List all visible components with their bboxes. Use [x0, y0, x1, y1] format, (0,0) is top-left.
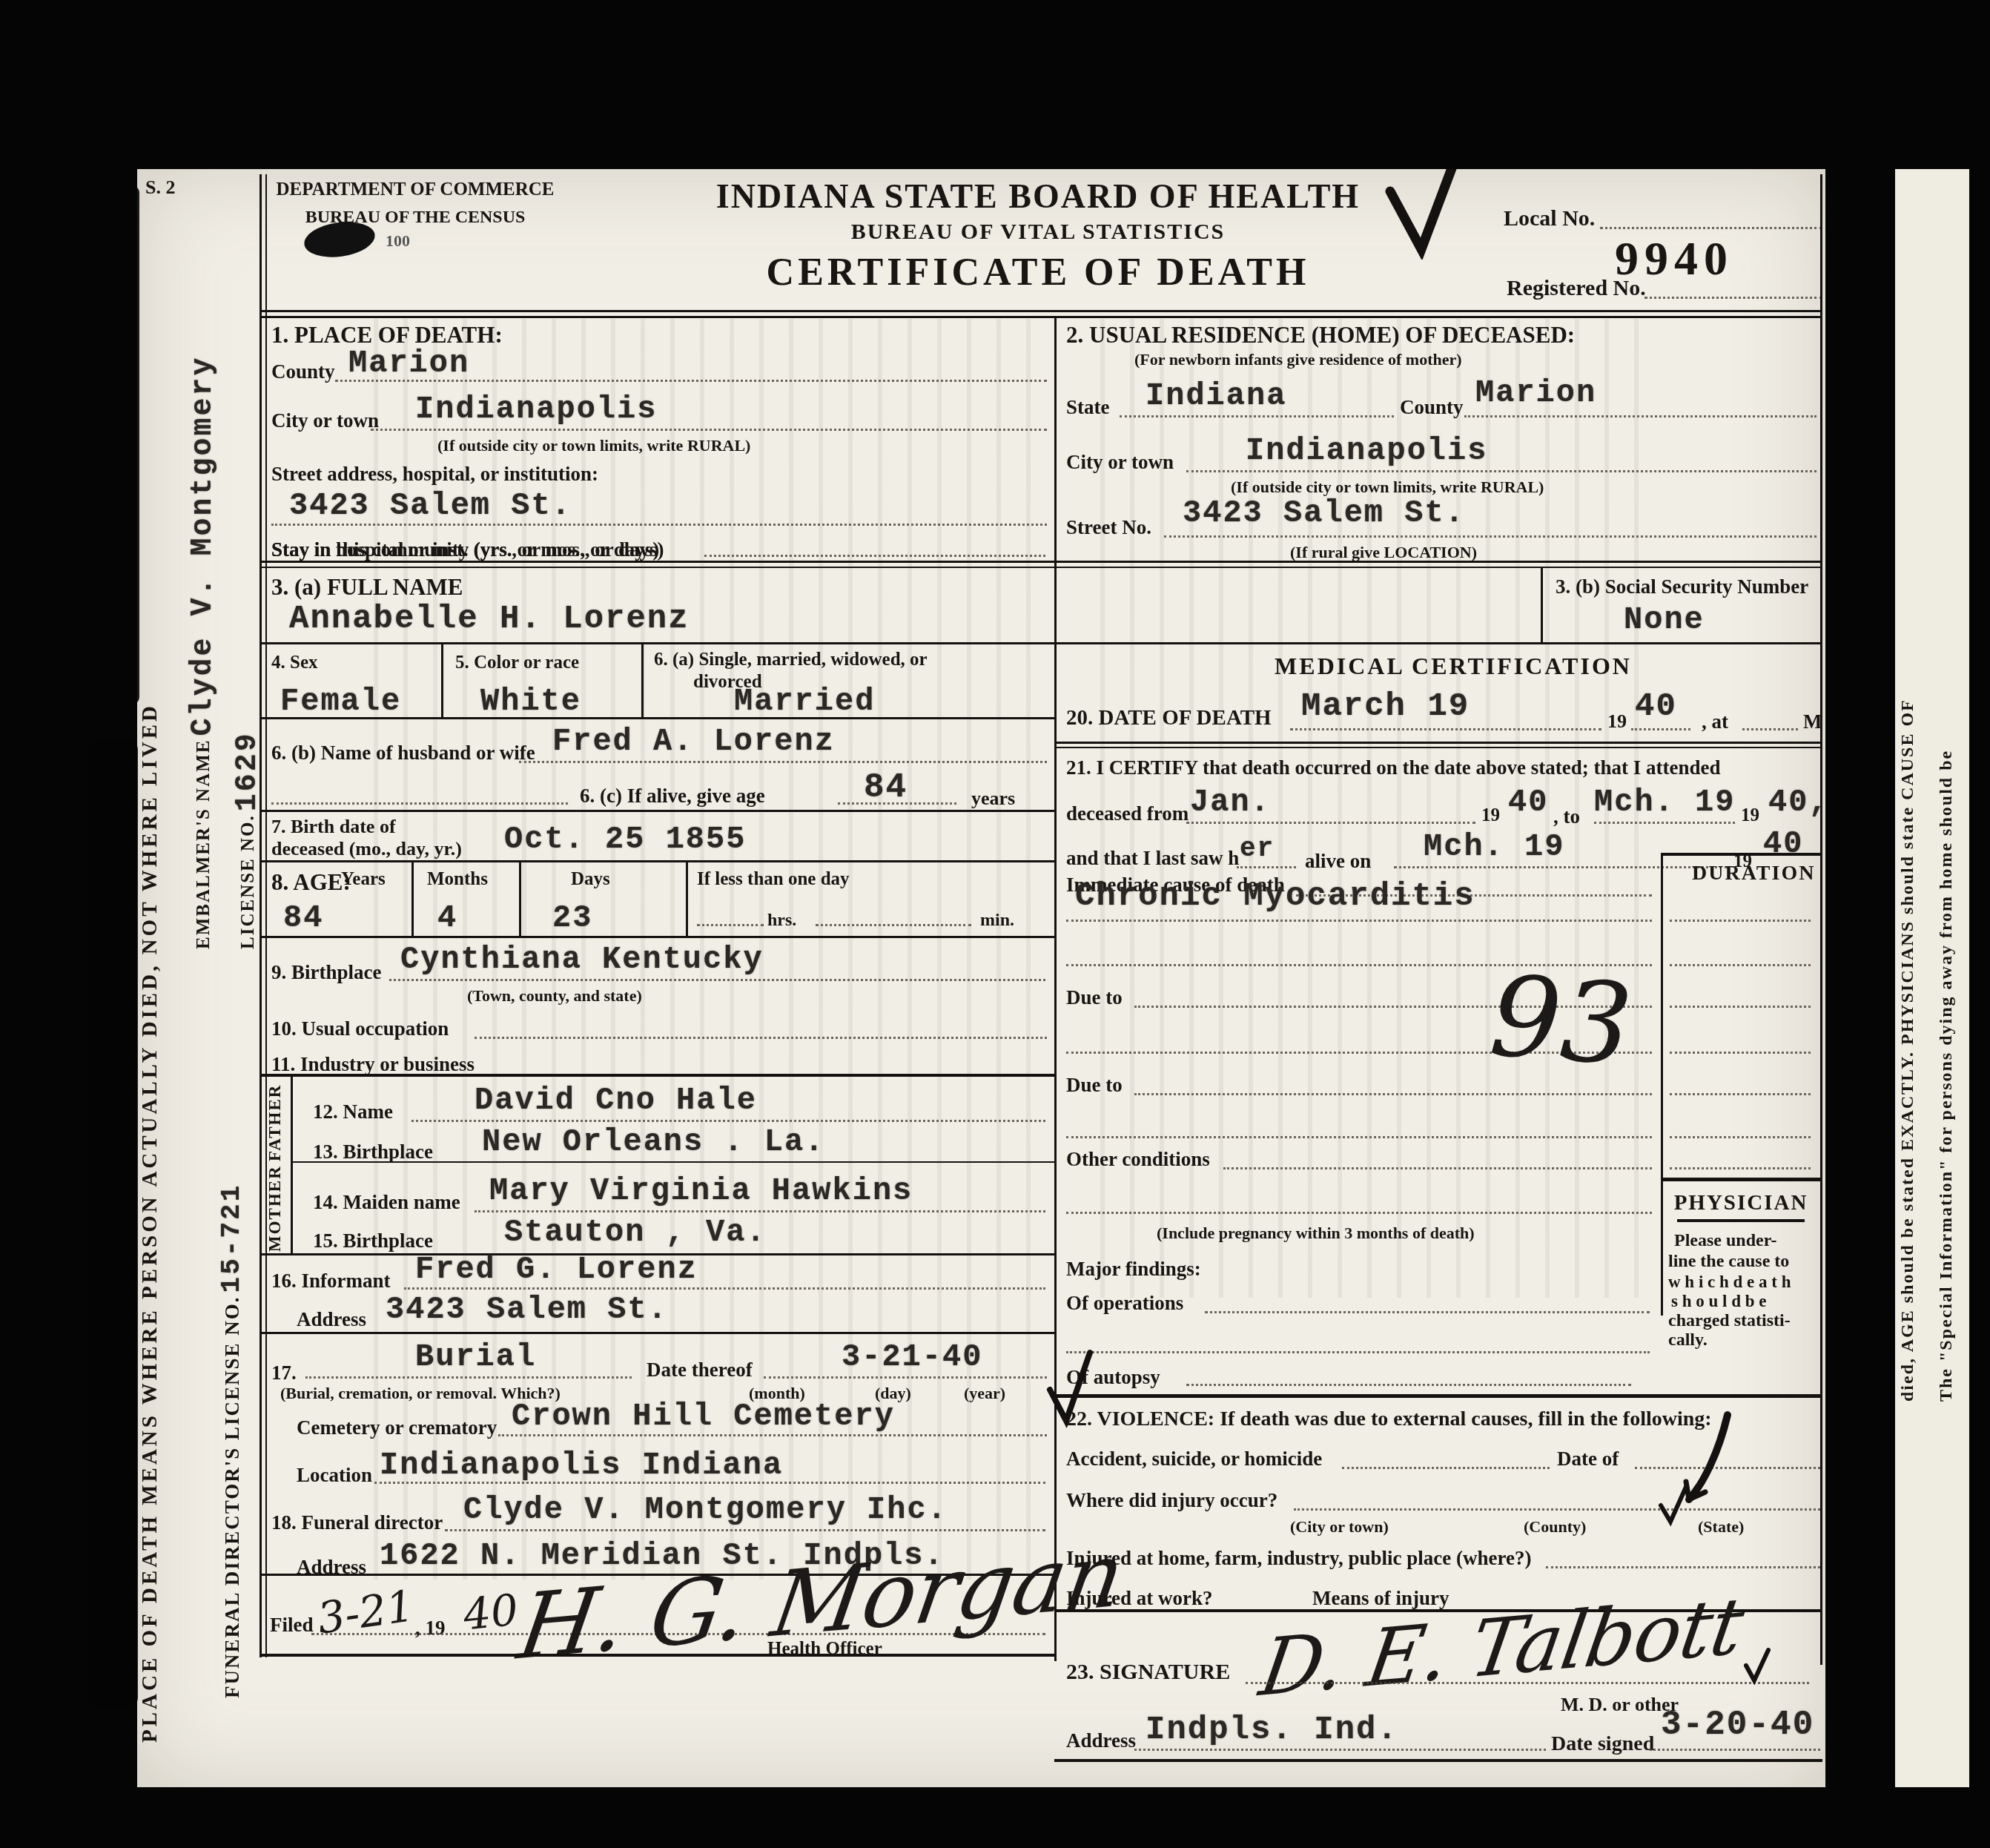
s8-min-label: min.: [980, 911, 1014, 931]
s23-date-value: 3-20-40: [1661, 1706, 1814, 1744]
s2-title: 2. USUAL RESIDENCE (HOME) OF DECEASED:: [1066, 322, 1575, 349]
title-vital-statistics: BUREAU OF VITAL STATISTICS: [667, 220, 1409, 245]
scan-border-right-inner: [1825, 0, 1895, 1848]
s22-title: 22. VIOLENCE: If death was due to extern…: [1066, 1408, 1712, 1431]
s21-alive-value: Mch. 19: [1424, 829, 1564, 865]
census-stamp-number: 100: [386, 231, 410, 251]
header-rule-b: [260, 316, 1822, 318]
scan-border-right-outer: [1969, 0, 1990, 1848]
funeral-director-license-line: FUNERAL DIRECTOR'S LICENSE NO. 15-721: [216, 986, 247, 1698]
signature-checkmark-icon: [1742, 1646, 1772, 1685]
funeral-director-license-value: 15-721: [216, 1184, 247, 1293]
funeral-director-license-label: FUNERAL DIRECTOR'S LICENSE NO.: [221, 1296, 243, 1698]
s6c-value: 84: [864, 768, 908, 807]
registered-no-line: [1644, 297, 1822, 299]
s21-alive-label: alive on: [1305, 850, 1371, 873]
title-state-board: INDIANA STATE BOARD OF HEALTH: [667, 176, 1409, 216]
s16-label: 16. Informant: [271, 1270, 391, 1293]
s21-from-label: deceased from: [1066, 802, 1189, 825]
s7-label-2: deceased (mo., day, yr.): [271, 838, 462, 860]
duration-box-left-border: [1661, 853, 1663, 1316]
s21-alive-year: 40: [1763, 826, 1803, 862]
s16-address-label: Address: [297, 1308, 366, 1331]
s21-saw-er: er: [1240, 834, 1275, 864]
s17-location-value: Indianapolis Indiana: [380, 1448, 783, 1483]
mother-side-label: MOTHER: [265, 1161, 285, 1252]
s2-location-note: (If rural give LOCATION): [1290, 543, 1477, 562]
s18-label: 18. Funeral director: [271, 1511, 443, 1534]
s8-hrs-label: hrs.: [767, 911, 796, 931]
s17-cemetery-value: Crown Hill Cemetery: [512, 1399, 895, 1434]
s21-to-year-prefix: 19: [1741, 805, 1759, 826]
cause-operations-label: Of operations: [1066, 1292, 1183, 1315]
s2-subtitle: (For newborn infants give residence of m…: [1134, 350, 1462, 369]
s1-title: 1. PLACE OF DEATH:: [271, 322, 503, 349]
dept-commerce-label: DEPARTMENT OF COMMERCE: [267, 179, 563, 200]
s20-label: 20. DATE OF DEATH: [1066, 706, 1272, 730]
s9-label: 9. Birthplace: [271, 961, 382, 984]
s22-where-label: Where did injury occur?: [1066, 1489, 1277, 1512]
s22-injured-home-label: Injured at home, farm, industry, public …: [1066, 1547, 1532, 1570]
s1-city-value: Indianapolis: [415, 392, 657, 427]
s17-date-value: 3-21-40: [842, 1339, 982, 1375]
s22-state-note: (State): [1698, 1517, 1744, 1537]
s16-value: Fred G. Lorenz: [415, 1252, 698, 1287]
registered-no-label: Registered No.: [1507, 276, 1646, 301]
s10-label: 10. Usual occupation: [271, 1017, 449, 1040]
scan-blotch-left-upper: [89, 185, 139, 704]
s17-location-label: Location: [297, 1464, 372, 1487]
father-birthplace-label: 13. Birthplace: [313, 1141, 433, 1164]
s1-county-label: County: [271, 360, 335, 383]
s22-means-label: Means of injury: [1312, 1587, 1449, 1610]
mother-birthplace-label: 15. Birthplace: [313, 1230, 433, 1253]
father-side-label: FATHER: [265, 1077, 285, 1161]
form-left-border: [260, 174, 262, 1657]
s8-days-value: 23: [552, 900, 592, 936]
title-certificate-of-death: CERTIFICATE OF DEATH: [667, 251, 1409, 294]
father-name-value: David Cno Hale: [475, 1083, 757, 1118]
s6c-years-label: years: [971, 788, 1015, 810]
s2-city-label: City or town: [1066, 451, 1174, 474]
physician-note-1: Please under-: [1674, 1231, 1776, 1251]
s22-dateof-label: Date of: [1557, 1448, 1619, 1471]
father-birthplace-value: New Orleans . La.: [482, 1124, 824, 1160]
s21-from-year: 40: [1508, 785, 1548, 820]
physician-note-2: line the cause to: [1668, 1252, 1789, 1272]
cause-pregnancy-note: (Include pregnancy within 3 months of de…: [1157, 1224, 1475, 1243]
s4-label: 4. Sex: [271, 653, 318, 673]
duration-label: DURATION: [1692, 862, 1815, 885]
embalmer-name-line: EMBALMER'S NAME Clyde V. Montgomery: [187, 222, 220, 949]
s17-year-note: (year): [964, 1384, 1005, 1403]
form-right-border: [1820, 174, 1822, 1665]
s21-saw-label: and that I last saw h: [1066, 847, 1239, 870]
filed-year-printed: , 19: [415, 1617, 446, 1640]
s20-m-label: M: [1803, 710, 1822, 733]
s4-value: Female: [280, 684, 401, 719]
scan-border-top: [0, 0, 1990, 169]
s9-value: Cynthiana Kentucky: [400, 942, 764, 977]
s3b-value: None: [1624, 602, 1705, 638]
s21-to-label: , to: [1553, 805, 1580, 828]
scan-border-bottom: [0, 1787, 1990, 1848]
s20-year-prefix: 19: [1607, 710, 1627, 733]
cause-findings-label: Major findings:: [1066, 1258, 1201, 1281]
column-divider: [1054, 316, 1057, 1661]
s23-label: 23. SIGNATURE: [1066, 1660, 1230, 1685]
s22-injured-work-label: Injured at work?: [1066, 1587, 1213, 1610]
bureau-census-label: BUREAU OF THE CENSUS: [267, 208, 563, 228]
header-rule-a: [260, 310, 1822, 312]
scan-blotch-top-right: [1895, 0, 1969, 89]
s1-stay-community-label: Stay in this community (yrs. or mos., or…: [271, 538, 659, 561]
s1-street-value: 3423 Salem St.: [289, 488, 572, 524]
s1-rural-note: (If outside city or town limits, write R…: [437, 436, 750, 455]
rule-row3-b: [260, 567, 1822, 568]
s8-months-value: 4: [437, 900, 457, 936]
s17-num: 17.: [271, 1362, 297, 1385]
local-no-line: [1600, 227, 1822, 229]
s6b-value: Fred A. Lorenz: [552, 724, 835, 759]
cause-due2-label: Due to: [1066, 1074, 1123, 1097]
s3a-value: Annabelle H. Lorenz: [289, 601, 690, 638]
physician-note-3: w h i c h d e a t h: [1668, 1273, 1791, 1292]
s2-street-value: 3423 Salem St.: [1183, 495, 1465, 531]
embalmer-name-label: EMBALMER'S NAME: [194, 739, 214, 949]
physician-box-title: PHYSICIAN: [1667, 1191, 1815, 1215]
medical-certification-title: MEDICAL CERTIFICATION: [1097, 653, 1809, 680]
s6b-label: 6. (b) Name of husband or wife: [271, 742, 535, 765]
s8-years-label: Years: [341, 869, 386, 890]
s2-rural-note: (If outside city or town limits, write R…: [1231, 478, 1544, 497]
s20-year-value: 40: [1635, 688, 1677, 725]
s8-months-label: Months: [427, 869, 488, 890]
s9-note: (Town, county, and state): [467, 986, 642, 1006]
right-margin-note-inner: died, AGE should be stated EXACTLY. PHYS…: [1898, 215, 1918, 1402]
s22-county-note: (County): [1524, 1517, 1586, 1537]
cause-other-label: Other conditions: [1066, 1148, 1210, 1171]
s17-cemetery-label: Cemetery or crematory: [297, 1416, 497, 1439]
s2-county-label: County: [1400, 396, 1464, 419]
s21-from-value: Jan.: [1190, 785, 1271, 820]
s21-to-value: Mch. 19: [1594, 785, 1735, 820]
right-margin-note-outer: The "Special Information" for persons dy…: [1937, 215, 1957, 1402]
s23-address-label: Address: [1066, 1729, 1136, 1752]
s1-street-label: Street address, hospital, or institution…: [271, 463, 598, 486]
s7-label-1: 7. Birth date of: [271, 816, 396, 838]
s2-street-label: Street No.: [1066, 516, 1151, 539]
s20-at-label: , at: [1702, 710, 1728, 733]
violence-date-checkmark-icon: [1683, 1409, 1735, 1505]
s8-days-label: Days: [571, 869, 610, 890]
father-name-label: 12. Name: [313, 1100, 393, 1123]
rule-row4: [260, 642, 1822, 644]
cause-value: Chronic Myocarditis: [1075, 878, 1475, 915]
s22-city-note: (City or town): [1290, 1517, 1389, 1537]
s2-state-label: State: [1066, 396, 1109, 419]
s21-line1: 21. I CERTIFY that death occurred on the…: [1066, 756, 1721, 779]
form-left-border-inner: [265, 174, 267, 1657]
s23-address-value: Indpls. Ind.: [1146, 1712, 1398, 1749]
s21-to-year: 40,: [1768, 785, 1829, 820]
filed-label: Filed: [270, 1614, 314, 1637]
s16-address-value: 3423 Salem St.: [386, 1292, 668, 1327]
s23-date-label: Date signed: [1551, 1732, 1654, 1756]
s18-value: Clyde V. Montgomery Ihc.: [463, 1492, 948, 1528]
s1-county-value: Marion: [348, 346, 469, 381]
s5-value: White: [480, 684, 581, 719]
s3a-label: 3. (a) FULL NAME: [271, 574, 463, 601]
local-no-label: Local No.: [1504, 206, 1595, 231]
s6c-label: 6. (c) If alive, give age: [580, 785, 765, 808]
s8-years-value: 84: [283, 900, 323, 936]
s1-city-label: City or town: [271, 409, 379, 432]
physician-note-6: cally.: [1668, 1330, 1708, 1350]
s2-county-value: Marion: [1475, 375, 1596, 411]
scanned-death-certificate: S. 2 V. S PLACE OF DEATH MEANS WHERE PER…: [0, 0, 1990, 1848]
s5-label: 5. Color or race: [455, 653, 579, 673]
cause-handwritten-code: 93: [1486, 952, 1636, 1091]
s6a-value: Married: [734, 684, 875, 719]
mother-maiden-label: 14. Maiden name: [313, 1191, 460, 1214]
embalmer-name-value: Clyde V. Montgomery: [187, 355, 220, 736]
s20-value: March 19: [1301, 688, 1470, 725]
s8-label: 8. AGE:: [271, 869, 351, 896]
physician-note-4: s h o u l d b e: [1671, 1292, 1766, 1311]
s6a-label-1: 6. (a) Single, married, widowed, or: [654, 650, 928, 670]
mother-maiden-value: Mary Virginia Hawkins: [489, 1173, 913, 1209]
embalmer-license-label: LICENSE NO.: [238, 814, 258, 949]
s17-value: Burial: [415, 1339, 536, 1375]
place-of-death-margin-note: PLACE OF DEATH MEANS WHERE PERSON ACTUAL…: [138, 222, 162, 1743]
s22-accident-label: Accident, suicide, or homicide: [1066, 1448, 1322, 1471]
s7-value: Oct. 25 1855: [504, 822, 746, 857]
s17-date-label: Date thereof: [647, 1359, 753, 1382]
cause-due1-label: Due to: [1066, 986, 1123, 1009]
physician-note-5: charged statisti-: [1668, 1311, 1791, 1331]
s2-state-value: Indiana: [1146, 378, 1286, 414]
state-checkmark-icon: [1657, 1483, 1690, 1528]
mother-birthplace-value: Stauton , Va.: [504, 1215, 767, 1250]
s3b-label: 3. (b) Social Security Number: [1556, 575, 1808, 598]
s21-from-year-prefix: 19: [1481, 805, 1500, 826]
s2-city-value: Indianapolis: [1246, 433, 1487, 469]
s11-label: 11. Industry or business: [271, 1053, 475, 1076]
s8-less-label: If less than one day: [697, 869, 850, 890]
scan-blotch-left-lower: [89, 742, 138, 1706]
filed-year-handwritten: 40: [461, 1584, 521, 1640]
